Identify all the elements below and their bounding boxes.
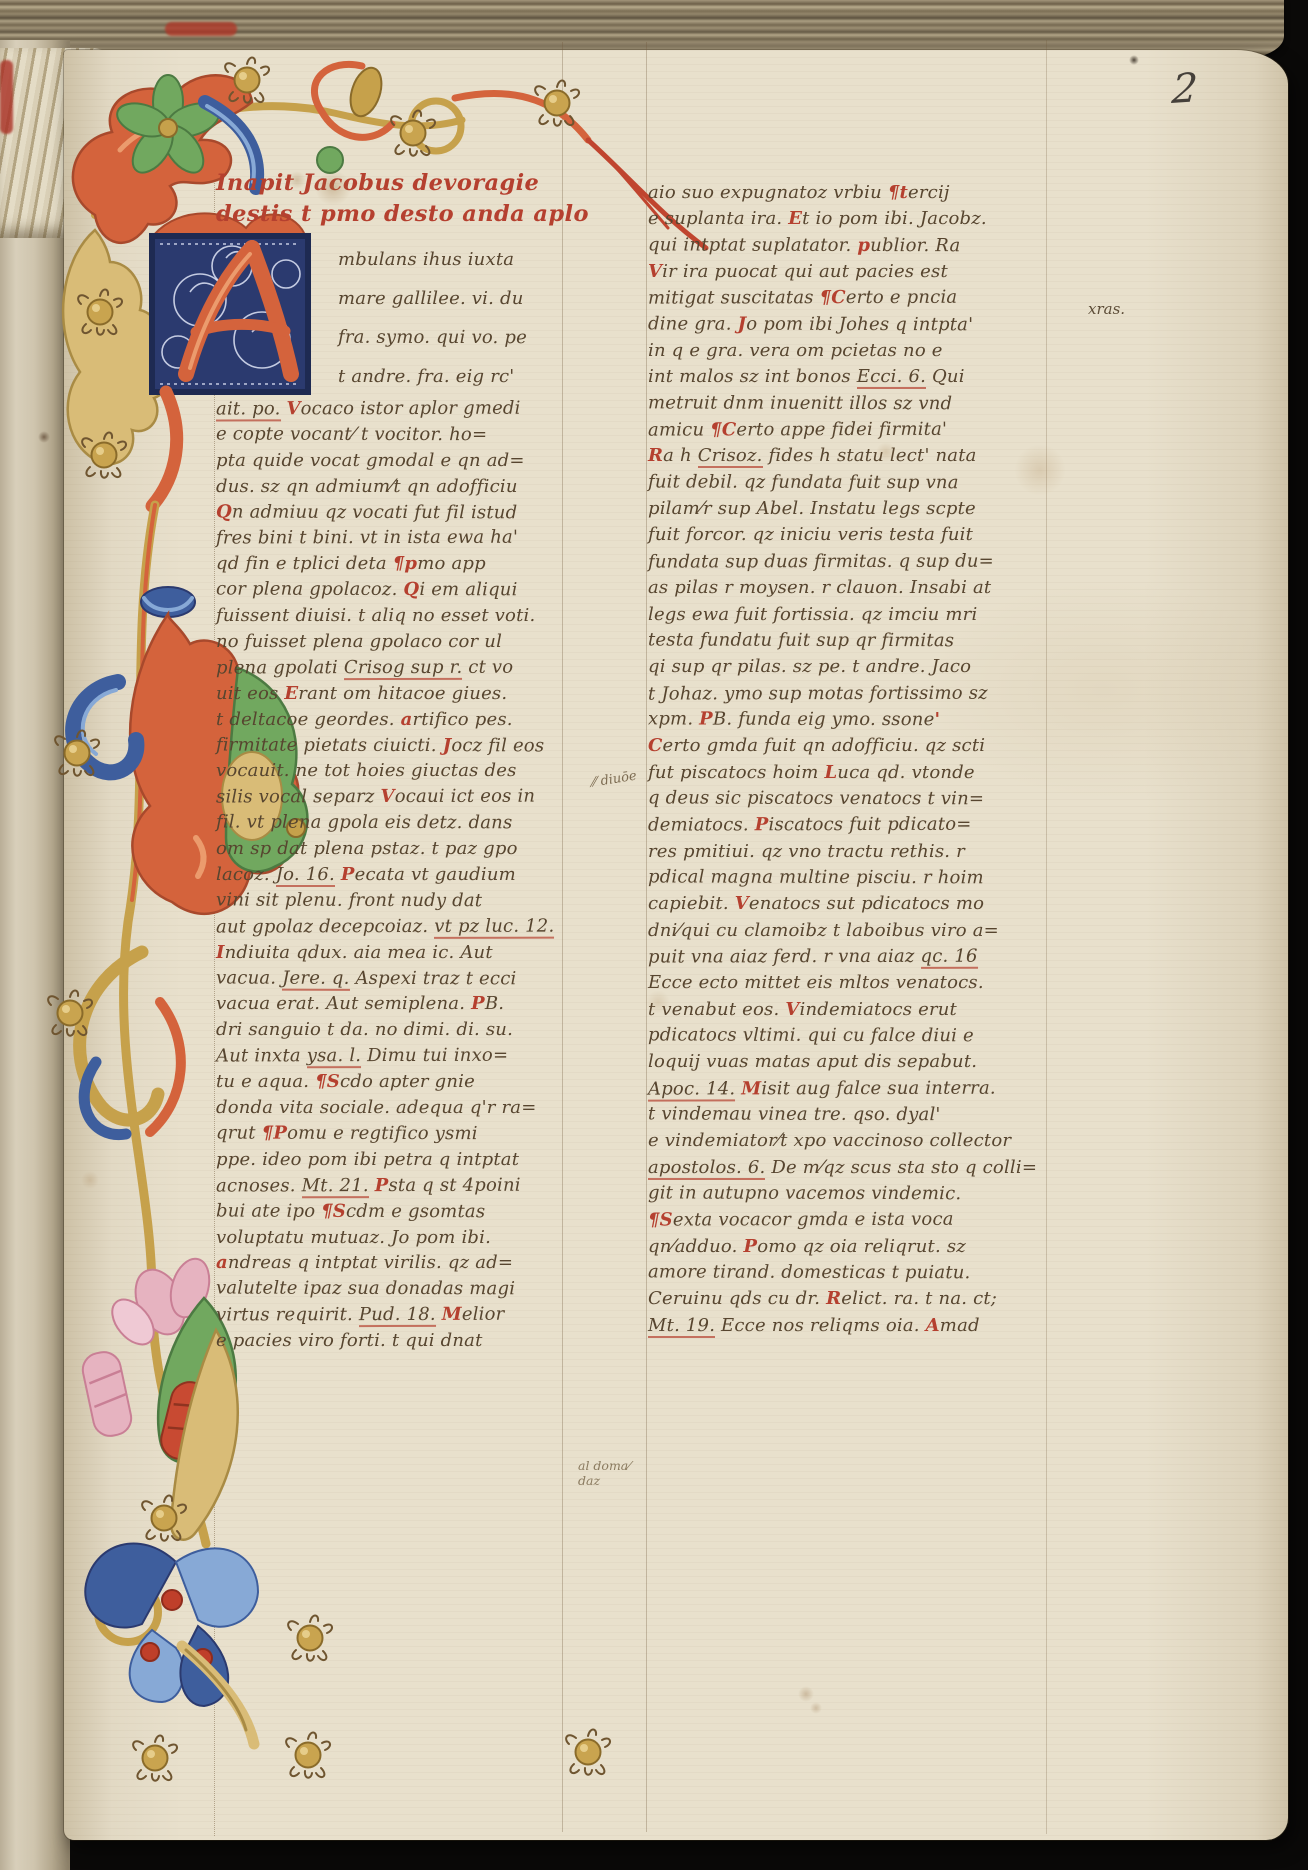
brown-ink-segment: erto appe fidei firmita' xyxy=(736,419,947,441)
manuscript-text-line: vini sit plenu. front nudy dat xyxy=(216,887,588,914)
manuscript-text-line: e pacies viro forti. t qui dnat xyxy=(216,1328,588,1354)
brown-ink-segment: fuit forcor. qz iniciu veris testa fuit xyxy=(648,524,973,545)
brown-ink-segment: n admiuu qz vocati fut fil istud xyxy=(232,501,517,523)
brown-ink-segment: git in autupno vacemos vindemic. xyxy=(648,1182,961,1204)
brown-ink-segment: erto e pncia xyxy=(846,287,958,308)
rubric-heading: Inapit Jacobus devoragie destis t pmo de… xyxy=(216,168,589,230)
brown-ink-segment: mo app xyxy=(417,553,486,574)
brown-ink-segment: pta quide vocat gmodal e qn ad= xyxy=(216,450,525,471)
manuscript-text-line: fil. vt plena gpola eis detz. dans xyxy=(216,810,588,837)
brown-ink-segment: pilam⁄r sup Abel. Instatu legs scpte xyxy=(648,498,976,519)
manuscript-text-line: fuissent diuisi. t aliq no esset voti. xyxy=(216,603,588,629)
brown-ink-segment: aio suo expugnatoz vrbiu xyxy=(648,182,888,203)
brown-ink-segment: Ceruinu qds cu dr. xyxy=(648,1288,826,1309)
brown-ink-segment: capiebit. xyxy=(648,893,735,914)
manuscript-text-line: silis vocal separz Vocaui ict eos in xyxy=(216,784,588,811)
manuscript-text-line: om sp dat plena pstaz. t paz gpo xyxy=(216,836,588,862)
brown-ink-segment: ct vo xyxy=(462,657,513,678)
manuscript-text-line: e suplanta ira. Et io pom ibi. Jacobz. xyxy=(648,206,1088,232)
red-underlined-citation: ysa. l. xyxy=(307,1045,362,1068)
brown-ink-segment: fuit debil. qz fundata fuit sup vna xyxy=(648,471,959,493)
brown-ink-segment: ecata vt gaudium xyxy=(355,864,516,885)
brown-ink-segment: pdicatocs vltimi. qui cu falce diui e xyxy=(648,1024,974,1046)
brown-ink-segment: virtus requirit. xyxy=(216,1304,359,1325)
red-ink-segment: Q xyxy=(216,501,232,522)
brown-ink-segment: De m⁄qz scus sta sto q colli= xyxy=(765,1157,1037,1178)
gold-bezant-icon xyxy=(76,427,132,483)
manuscript-text-line: acnoses. Mt. 21. Psta q st 4poini xyxy=(216,1172,588,1199)
brown-ink-segment: valutelte ipaz sua donadas magi xyxy=(216,1278,515,1300)
red-ink-segment: ¶S xyxy=(315,1071,340,1092)
marginal-gloss-line: al doma⁄ xyxy=(578,1458,630,1473)
brown-ink-segment: t io pom ibi. Jacobz. xyxy=(802,208,987,229)
red-ink-segment: C xyxy=(648,735,663,756)
red-ink-segment: ¶S xyxy=(321,1200,346,1221)
brown-ink-segment: ocz fil eos xyxy=(451,735,544,756)
brown-ink-segment: silis vocal separz xyxy=(216,786,381,807)
brown-ink-segment: e copte vocant⁄ t vocitor. ho= xyxy=(216,423,487,445)
brown-ink-segment: t vindemau vinea tre. qso. dyal' xyxy=(648,1103,941,1125)
brown-ink-segment: fil. vt plena gpola eis detz. dans xyxy=(216,812,512,834)
brown-ink-segment: qn⁄adduo. xyxy=(648,1236,743,1257)
brown-ink-segment: fut piscatocs hoim xyxy=(648,762,824,783)
brown-ink-segment: lacoz. xyxy=(216,864,276,885)
red-ink-segment: A xyxy=(926,1315,940,1336)
manuscript-text-line: q deus sic piscatocs venatocs t vin= xyxy=(648,785,1088,812)
red-ink-segment: ¶C xyxy=(710,419,736,440)
manuscript-text-line: amore tirand. domesticas t puiatu. xyxy=(648,1260,1088,1287)
brown-ink-segment: cdo apter gnie xyxy=(340,1071,475,1092)
manuscript-text-line: mitigat suscitatas ¶Certo e pncia xyxy=(648,285,1088,312)
gold-bezant-icon xyxy=(72,284,128,340)
red-ink-segment: V xyxy=(785,999,799,1020)
brown-ink-segment: enatocs sut pdicatocs mo xyxy=(749,893,984,914)
red-ink-segment: ¶S xyxy=(648,1210,673,1231)
manuscript-text-line: vocauit. ne tot hoies giuctas des xyxy=(216,758,588,784)
brown-ink-segment: a h xyxy=(663,445,698,466)
manuscript-text-line: testa fundatu fuit sup qr firmitas xyxy=(648,627,1088,654)
red-ink-segment: R xyxy=(648,445,663,466)
manuscript-text-line: voluptatu mutuaz. Jo pom ibi. xyxy=(216,1225,588,1251)
brown-ink-segment: fres bini t bini. vt in ista ewa ha' xyxy=(216,527,518,549)
column-ruling-line xyxy=(646,42,647,1832)
red-underlined-citation: Mt. 21. xyxy=(302,1175,369,1198)
gold-bezant-icon xyxy=(280,1727,336,1783)
book-spine-edge xyxy=(0,40,70,1870)
manuscript-text-line: in q e gra. vera om pcietas no e xyxy=(648,338,1088,364)
manuscript-text-line: legs ewa fuit fortissia. qz imciu mri xyxy=(648,602,1088,628)
manuscript-text-line: Ecce ecto mittet eis mltos venatocs. xyxy=(648,970,1088,996)
manuscript-text-line: Aut inxta ysa. l. Dimu tui inxo= xyxy=(216,1043,588,1070)
red-ink-segment: M xyxy=(741,1078,761,1099)
brown-ink-segment: amicu xyxy=(648,420,710,441)
red-ink-segment: P xyxy=(755,815,769,836)
manuscript-text-line: aut gpolaz decepcoiaz. vt pz luc. 12. xyxy=(216,913,588,940)
red-ink-segment: P xyxy=(375,1175,389,1196)
brown-ink-segment: mare gallilee. vi. du xyxy=(338,288,524,309)
column-ruling-line xyxy=(214,168,215,1836)
brown-ink-segment: qrut xyxy=(216,1122,262,1143)
brown-ink-segment: vocauit. ne tot hoies giuctas des xyxy=(216,760,517,781)
brown-ink-segment: fundata sup duas firmitas. q sup du= xyxy=(648,550,994,572)
red-ink-segment: ¶t xyxy=(888,182,908,203)
brown-ink-segment: tu e aqua. xyxy=(216,1071,315,1092)
brown-ink-segment: iscatocs fuit pdicato= xyxy=(768,814,971,836)
manuscript-text-line: mare gallilee. vi. du xyxy=(338,279,588,318)
manuscript-text-line: Ceruinu qds cu dr. Relict. ra. t na. ct; xyxy=(648,1286,1088,1312)
manuscript-text-line: Vir ira puocat qui aut pacies est xyxy=(648,259,1088,285)
gold-bezant-icon xyxy=(49,725,105,781)
manuscript-text-line: plena gpolati Crisog sup r. ct vo xyxy=(216,654,588,681)
brown-ink-segment: metruit dnm inuenitt illos sz vnd xyxy=(648,392,952,414)
red-ink-segment: p xyxy=(857,235,870,256)
gold-bezant-icon xyxy=(385,105,441,161)
manuscript-text-line: int malos sz int bonos Ecci. 6. Qui xyxy=(648,364,1088,390)
brown-ink-segment: q deus sic piscatocs venatocs t vin= xyxy=(648,787,984,809)
brown-ink-segment: puit vna aiaz ferd. r vna aiaz xyxy=(648,946,921,968)
brown-ink-segment: elict. ra. t na. ct; xyxy=(841,1288,997,1309)
gold-bezant-icon xyxy=(127,1730,183,1786)
manuscript-text-line: andreas q intptat virilis. qz ad= xyxy=(216,1250,588,1276)
gold-bezant-icon xyxy=(42,985,98,1041)
manuscript-text-line: fut piscatocs hoim Luca qd. vtonde xyxy=(648,760,1088,786)
marginal-gloss-line: daz xyxy=(578,1473,630,1488)
red-underlined-citation: Mt. 19. xyxy=(648,1315,715,1338)
brown-ink-segment: omo qz oia reliqrut. sz xyxy=(757,1236,966,1257)
red-ink-segment: P xyxy=(699,708,713,729)
manuscript-text-line: donda vita sociale. adequa q'r ra= xyxy=(216,1095,588,1121)
red-ink-segment: V xyxy=(381,786,395,807)
manuscript-text-line: t Johaz. ymo sup motas fortissimo sz xyxy=(648,680,1088,707)
brown-ink-segment: cdm e gsomtas xyxy=(346,1200,485,1221)
brown-ink-segment: o pom ibi Johes q intpta' xyxy=(746,313,973,335)
manuscript-text-line: lacoz. Jo. 16. Pecata vt gaudium xyxy=(216,862,588,888)
red-ink-segment: P xyxy=(743,1236,757,1257)
manuscript-text-line: metruit dnm inuenitt illos sz vnd xyxy=(648,390,1088,417)
manuscript-text-line: demiatocs. Piscatocs fuit pdicato= xyxy=(648,812,1088,839)
manuscript-text-line: e vindemiator⁄t xpo vaccinoso collector xyxy=(648,1128,1088,1154)
red-ink-segment: P xyxy=(471,993,485,1014)
brown-ink-segment: ndiuita qdux. aia mea ic. Aut xyxy=(225,942,493,963)
manuscript-text-line: t deltacoe geordes. artifico pes. xyxy=(216,707,588,733)
brown-ink-segment: dine gra. xyxy=(648,313,738,334)
brown-ink-segment: om sp dat plena pstaz. t paz gpo xyxy=(216,838,518,859)
brown-ink-segment: t Johaz. ymo sup motas fortissimo sz xyxy=(648,682,988,704)
red-paint-smear xyxy=(165,22,237,36)
brown-ink-segment: Aspexi traz t ecci xyxy=(350,967,517,988)
manuscript-text-line: pta quide vocat gmodal e qn ad= xyxy=(216,448,588,474)
manuscript-text-line: dine gra. Jo pom ibi Johes q intpta' xyxy=(648,311,1088,338)
brown-ink-segment: legs ewa fuit fortissia. qz imciu mri xyxy=(648,604,977,625)
manuscript-text-line: cor plena gpolacoz. Qi em aliqui xyxy=(216,577,588,604)
manuscript-text-line: Mt. 19. Ecce nos reliqms oia. Amad xyxy=(648,1313,1088,1339)
brown-ink-segment: rtifico pes. xyxy=(413,709,513,730)
brown-ink-segment: t deltacoe geordes. xyxy=(216,709,401,730)
manuscript-text-line: as pilas r moysen. r clauon. Insabi at xyxy=(648,575,1088,601)
brown-ink-segment: Qui xyxy=(926,366,965,387)
brown-ink-segment: fra. symo. qui vo. pe xyxy=(338,327,527,348)
brown-ink-segment: t venabut eos. xyxy=(648,999,785,1020)
red-ink-segment: V xyxy=(648,261,662,282)
gold-bezant-icon xyxy=(529,75,585,131)
red-ink-segment: P xyxy=(341,864,355,885)
brown-ink-segment: mbulans ihus iuxta xyxy=(338,249,514,270)
manuscript-text-line: pilam⁄r sup Abel. Instatu legs scpte xyxy=(648,496,1088,522)
manuscript-text-line: loquij vuas matas aput dis sepabut. xyxy=(648,1049,1088,1075)
brown-ink-segment: testa fundatu fuit sup qr firmitas xyxy=(648,629,954,651)
manuscript-text-line: virtus requirit. Pud. 18. Melior xyxy=(216,1302,588,1329)
brown-ink-segment: elior xyxy=(462,1304,505,1325)
manuscript-text-line: t vindemau vinea tre. qso. dyal' xyxy=(648,1101,1088,1128)
red-underlined-citation: Crisoz. xyxy=(698,445,763,468)
manuscript-photo: 2 Inapit Jacobus devoragie destis t pmo … xyxy=(0,0,1308,1870)
manuscript-text-line: fuit debil. qz fundata fuit sup vna xyxy=(648,469,1088,496)
manuscript-text-line: vacua. Jere. q. Aspexi traz t ecci xyxy=(216,965,588,992)
red-ink-segment: M xyxy=(442,1304,462,1325)
brown-ink-segment: ercij xyxy=(908,182,950,203)
red-underlined-citation: Jo. 16. xyxy=(276,864,335,887)
red-underlined-citation: ait. po. xyxy=(216,398,281,421)
brown-ink-segment: e vindemiator⁄t xpo vaccinoso collector xyxy=(648,1130,1011,1151)
brown-ink-segment: omu e regtifico ysmi xyxy=(287,1123,478,1144)
manuscript-text-line: res pmitiui. qz vno tractu rethis. r xyxy=(648,839,1088,865)
brown-ink-segment: uit eos xyxy=(216,683,284,704)
red-ink-segment: L xyxy=(824,762,837,783)
brown-ink-segment: Ecce ecto mittet eis mltos venatocs. xyxy=(648,972,984,993)
brown-ink-segment: plena gpolati xyxy=(216,657,344,678)
manuscript-text-line: ¶Sexta vocacor gmda e ista voca xyxy=(648,1207,1088,1234)
brown-ink-segment: Ecce nos reliqms oia. xyxy=(715,1315,925,1336)
manuscript-text-line: e copte vocant⁄ t vocitor. ho= xyxy=(216,421,588,448)
manuscript-text-line: uit eos Erant om hitacoe giues. xyxy=(216,681,588,707)
text-column-left: mbulans ihus iuxtamare gallilee. vi. duf… xyxy=(216,240,588,1354)
brown-ink-segment: ocaco istor aplor gmedi xyxy=(301,398,521,420)
manuscript-text-line: fres bini t bini. vt in ista ewa ha' xyxy=(216,525,588,552)
manuscript-text-line: bui ate ipo ¶Scdm e gsomtas xyxy=(216,1198,588,1225)
brown-ink-segment: bui ate ipo xyxy=(216,1200,321,1221)
manuscript-text-line: pdical magna multine pisciu. r hoim xyxy=(648,864,1088,891)
manuscript-text-line: t andre. fra. eig rc' xyxy=(338,357,588,396)
manuscript-text-line: fundata sup duas firmitas. q sup du= xyxy=(648,548,1088,575)
gold-bezant-icon xyxy=(219,52,275,108)
manuscript-text-line: tu e aqua. ¶Scdo apter gnie xyxy=(216,1069,588,1095)
rubric-line-2: destis t pmo desto anda aplo xyxy=(216,199,589,230)
brown-ink-segment: donda vita sociale. adequa q'r ra= xyxy=(216,1097,537,1118)
red-ink-segment: Q xyxy=(403,579,419,600)
brown-ink-segment: dri sanguio t da. no dimi. di. su. xyxy=(216,1019,513,1040)
brown-ink-segment: aut gpolaz decepcoiaz. xyxy=(216,916,434,938)
brown-ink-segment: Aut inxta xyxy=(216,1046,307,1067)
brown-ink-segment: ir ira puocat qui aut pacies est xyxy=(662,261,948,282)
red-ink-segment: ¶p xyxy=(393,553,417,574)
red-ink-segment: ' xyxy=(934,709,940,730)
manuscript-text-line: qi sup qr pilas. sz pe. t andre. Jaco xyxy=(648,654,1088,680)
manuscript-text-line: dni⁄qui cu clamoibz t laboibus viro a= xyxy=(648,918,1088,944)
brown-ink-segment: qui intptat suplatator. xyxy=(648,234,857,256)
brown-ink-segment: i em aliqui xyxy=(419,579,517,600)
manuscript-text-line: fuit forcor. qz iniciu veris testa fuit xyxy=(648,522,1088,548)
red-ink-segment: E xyxy=(788,208,802,229)
manuscript-text-line: Indiuita qdux. aia mea ic. Aut xyxy=(216,940,588,966)
manuscript-text-line: git in autupno vacemos vindemic. xyxy=(648,1180,1088,1207)
manuscript-text-line: Apoc. 14. Misit aug falce sua interra. xyxy=(648,1075,1088,1102)
manuscript-text-line: vacua erat. Aut semiplena. PB. xyxy=(216,991,588,1017)
manuscript-text-line: t venabut eos. Vindemiatocs erut xyxy=(648,997,1088,1023)
brown-ink-segment: int malos sz int bonos xyxy=(648,366,857,387)
brown-ink-segment: vacua. xyxy=(216,967,282,988)
manuscript-text-line: valutelte ipaz sua donadas magi xyxy=(216,1276,588,1303)
brown-ink-segment: erto gmda fuit qn adofficiu. qz scti xyxy=(663,735,986,756)
manuscript-text-line: amicu ¶Certo appe fidei firmita' xyxy=(648,417,1088,444)
brown-ink-segment: isit aug falce sua interra. xyxy=(761,1077,996,1099)
brown-ink-segment: mad xyxy=(940,1315,980,1336)
red-underlined-citation: Crisog sup r. xyxy=(344,657,463,680)
brown-ink-segment: xpm. xyxy=(648,708,699,729)
manuscript-text-line: aio suo expugnatoz vrbiu ¶tercij xyxy=(648,180,1088,206)
brown-ink-segment: indemiatocs erut xyxy=(800,999,957,1020)
brown-ink-segment: voluptatu mutuaz. Jo pom ibi. xyxy=(216,1227,491,1248)
manuscript-text-line: qn⁄adduo. Pomo qz oia reliqrut. sz xyxy=(648,1234,1088,1260)
brown-ink-segment: firmitate pietats ciuicti. xyxy=(216,734,443,756)
brown-ink-segment: B. xyxy=(485,993,504,1014)
manuscript-text-line: mbulans ihus iuxta xyxy=(338,240,588,279)
brown-ink-segment: vacua erat. Aut semiplena. xyxy=(216,993,471,1014)
red-ink-segment: a xyxy=(401,709,413,730)
red-ink-segment: ¶P xyxy=(262,1123,287,1144)
manuscript-text-line: Ra h Crisoz. fides h statu lect' nata xyxy=(648,443,1088,469)
brown-ink-segment: vini sit plenu. front nudy dat xyxy=(216,889,482,911)
red-ink-segment: V xyxy=(735,893,749,914)
red-ink-segment: E xyxy=(284,683,298,704)
red-underlined-citation: vt pz luc. 12. xyxy=(434,915,554,938)
brown-ink-segment: pdical magna multine pisciu. r hoim xyxy=(648,866,984,888)
brown-ink-segment: mitigat suscitatas xyxy=(648,288,820,309)
manuscript-text-line: firmitate pietats ciuicti. Jocz fil eos xyxy=(216,732,588,759)
red-ink-segment: V xyxy=(286,398,300,419)
red-underlined-citation: Apoc. 14. xyxy=(648,1078,735,1101)
brown-ink-segment: e suplanta ira. xyxy=(648,208,788,229)
manuscript-text-line: Qn admiuu qz vocati fut fil istud xyxy=(216,499,588,526)
manuscript-text-line: Certo gmda fuit qn adofficiu. qz scti xyxy=(648,733,1088,759)
gold-bezant-icon xyxy=(282,1610,338,1666)
brown-ink-segment: in q e gra. vera om pcietas no e xyxy=(648,340,943,361)
brown-ink-segment: dus. sz qn admium⁄t qn adofficiu xyxy=(216,476,518,497)
folio-number: 2 xyxy=(1170,65,1201,113)
brown-ink-segment: qd fin e tplici deta xyxy=(216,553,393,574)
red-underlined-citation: Pud. 18. xyxy=(359,1304,436,1327)
text-column-right: aio suo expugnatoz vrbiu ¶tercije suplan… xyxy=(648,180,1088,1339)
brown-ink-segment: res pmitiui. qz vno tractu rethis. r xyxy=(648,841,965,862)
brown-ink-segment: sta q st 4poini xyxy=(388,1174,520,1195)
manuscript-text-line: ait. po. Vocaco istor aplor gmedi xyxy=(216,396,588,423)
brown-ink-segment: e pacies viro forti. t qui dnat xyxy=(216,1330,483,1351)
brown-ink-segment: t andre. fra. eig rc' xyxy=(338,366,514,387)
manuscript-text-line: no fuisset plena gpolaco cor ul xyxy=(216,629,588,655)
brown-ink-segment: ppe. ideo pom ibi petra q intptat xyxy=(216,1149,519,1170)
manuscript-text-line: qui intptat suplatator. publior. Ra xyxy=(648,232,1088,259)
gold-bezant-icon xyxy=(136,1490,192,1546)
manuscript-text-line: apostolos. 6. De m⁄qz scus sta sto q col… xyxy=(648,1155,1088,1181)
brown-ink-segment: ndreas q intptat virilis. qz ad= xyxy=(228,1252,513,1273)
brown-ink-segment: fuissent diuisi. t aliq no esset voti. xyxy=(216,605,535,626)
manuscript-text-line: dus. sz qn admium⁄t qn adofficiu xyxy=(216,474,588,500)
rubric-line-1: Inapit Jacobus devoragie xyxy=(216,168,589,199)
brown-ink-segment: Dimu tui inxo= xyxy=(361,1045,508,1066)
manuscript-text-line: qd fin e tplici deta ¶pmo app xyxy=(216,551,588,577)
manuscript-text-line: puit vna aiaz ferd. r vna aiaz qc. 16 xyxy=(648,943,1088,970)
red-ink-segment: a xyxy=(216,1252,228,1273)
red-underlined-citation: apostolos. 6. xyxy=(648,1157,765,1180)
red-ink-segment: R xyxy=(826,1288,841,1309)
brown-ink-segment: dni⁄qui cu clamoibz t laboibus viro a= xyxy=(648,920,999,941)
brown-ink-segment: qi sup qr pilas. sz pe. t andre. Jaco xyxy=(648,656,971,677)
brown-ink-segment: exta vocacor gmda e ista voca xyxy=(673,1209,954,1231)
brown-ink-segment: amore tirand. domesticas t puiatu. xyxy=(648,1262,971,1284)
red-underlined-citation: qc. 16 xyxy=(921,946,978,969)
manuscript-text-line: fra. symo. qui vo. pe xyxy=(338,318,588,358)
brown-ink-segment: fides h statu lect' nata xyxy=(763,445,977,466)
brown-ink-segment: ublior. Ra xyxy=(870,235,960,256)
red-ink-segment: I xyxy=(216,942,225,963)
brown-ink-segment: uca qd. vtonde xyxy=(837,762,974,783)
brown-ink-segment: ocaui ict eos in xyxy=(395,786,536,807)
manuscript-text-line: pdicatocs vltimi. qui cu falce diui e xyxy=(648,1022,1088,1049)
manuscript-text-line: xpm. PB. funda eig ymo. ssone' xyxy=(648,706,1088,733)
brown-ink-segment: demiatocs. xyxy=(648,815,755,836)
brown-ink-segment: loquij vuas matas aput dis sepabut. xyxy=(648,1051,977,1072)
red-underlined-citation: Ecci. 6. xyxy=(857,366,926,389)
manuscript-text-line: capiebit. Venatocs sut pdicatocs mo xyxy=(648,891,1088,917)
brown-ink-segment: as pilas r moysen. r clauon. Insabi at xyxy=(648,577,991,598)
red-ink-segment: ¶C xyxy=(820,287,846,308)
manuscript-text-line: qrut ¶Pomu e regtifico ysmi xyxy=(216,1120,588,1147)
brown-ink-segment: B. funda eig ymo. ssone xyxy=(713,708,935,730)
red-paint-smear xyxy=(0,60,13,134)
manuscript-text-line: ppe. ideo pom ibi petra q intptat xyxy=(216,1147,588,1173)
brown-ink-segment: cor plena gpolacoz. xyxy=(216,579,403,600)
brown-ink-segment: no fuisset plena gpolaco cor ul xyxy=(216,631,502,652)
manuscript-text-line: dri sanguio t da. no dimi. di. su. xyxy=(216,1017,588,1043)
gold-bezant-icon xyxy=(560,1724,616,1780)
brown-ink-segment: rant om hitacoe giues. xyxy=(298,683,507,704)
brown-ink-segment: acnoses. xyxy=(216,1175,302,1196)
marginal-gloss: al doma⁄ daz xyxy=(578,1458,630,1488)
marginal-gloss: xras. xyxy=(1088,300,1125,318)
red-underlined-citation: Jere. q. xyxy=(282,967,349,990)
